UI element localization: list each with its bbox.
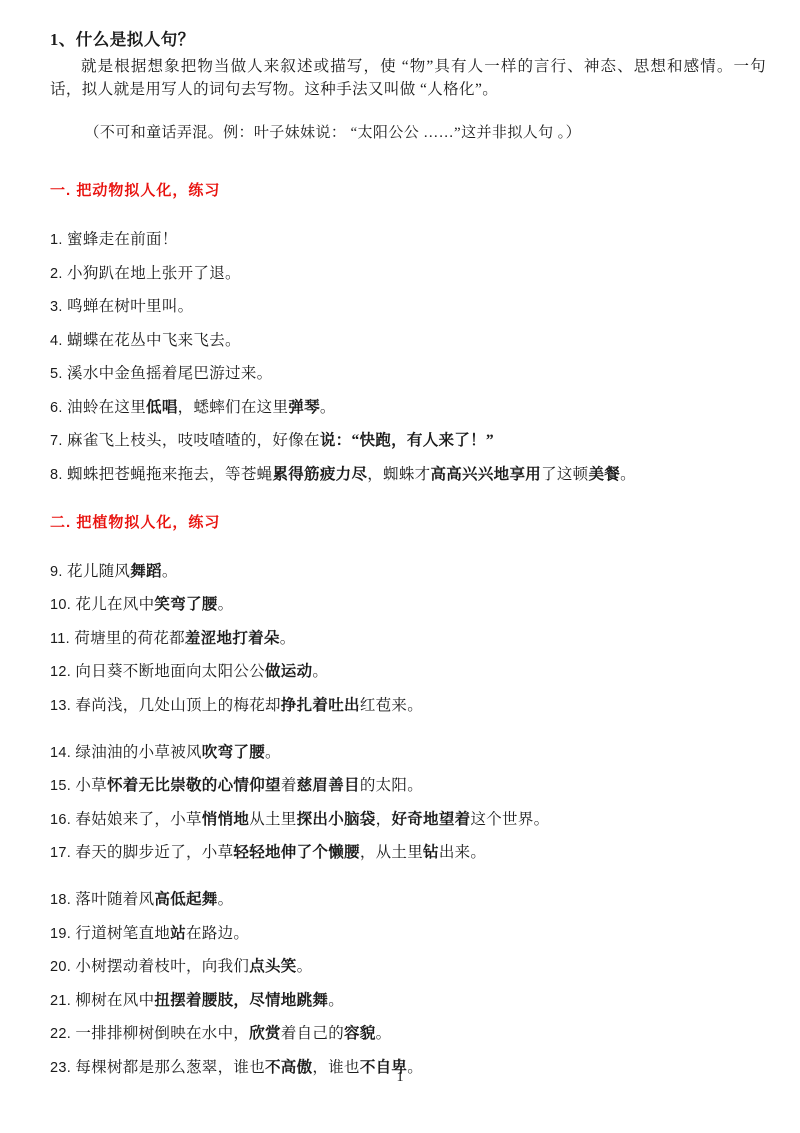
sentence-text: 着 bbox=[281, 777, 297, 794]
sentence-item: 20. 小树摆动着枝叶，向我们点头笑。 bbox=[50, 957, 766, 977]
sentence-text: 行道树笔直地 bbox=[75, 925, 170, 942]
sentence-text: 。 bbox=[162, 563, 178, 580]
sentence-text: 绿油油的小草被风 bbox=[75, 744, 201, 761]
sentence-text: ，蜘蛛才 bbox=[367, 466, 430, 483]
sentence-text: 一排排柳树倒映在水中， bbox=[75, 1025, 249, 1042]
sentence-text: ，从土里 bbox=[360, 844, 423, 861]
sentence-bold-text: 好奇地望着 bbox=[391, 811, 470, 828]
sentence-text: 春姑娘来了，小草 bbox=[75, 811, 201, 828]
sentence-text: 在路边。 bbox=[186, 925, 249, 942]
sentence-number: 1. bbox=[50, 232, 67, 248]
sentence-bold-text: 站 bbox=[170, 925, 186, 942]
sentence-number: 20. bbox=[50, 959, 75, 975]
sentence-text: 小草 bbox=[75, 777, 107, 794]
sentence-text: 。 bbox=[265, 744, 281, 761]
sentence-text: 花儿在风中 bbox=[75, 596, 154, 613]
section-heading-2: 二. 把植物拟人化，练习 bbox=[50, 513, 766, 532]
sentence-bold-text: 欣赏 bbox=[249, 1025, 281, 1042]
sentence-text: 蜜蜂走在前面！ bbox=[67, 231, 178, 248]
sentence-bold-text: 挣扎着吐出 bbox=[281, 697, 360, 714]
document-title: 1、什么是拟人句？ bbox=[50, 30, 766, 50]
sentence-text: 。 bbox=[312, 663, 328, 680]
sentence-text: 春尚浅，几处山顶上的梅花却 bbox=[75, 697, 280, 714]
sentence-number: 2. bbox=[50, 266, 67, 282]
sentence-text: 花儿随风 bbox=[67, 563, 130, 580]
sentence-number: 14. bbox=[50, 745, 75, 761]
sentence-text: 出来。 bbox=[439, 844, 486, 861]
sentence-bold-text: 点头笑 bbox=[249, 958, 296, 975]
sentence-text: 。 bbox=[620, 466, 636, 483]
sentence-item: 3. 鸣蝉在树叶里叫。 bbox=[50, 297, 766, 317]
sentence-number: 5. bbox=[50, 366, 67, 382]
sentence-item: 6. 油蛉在这里低唱，蟋蟀们在这里弹琴。 bbox=[50, 398, 766, 418]
sentence-number: 4. bbox=[50, 333, 67, 349]
sentence-item: 9. 花儿随风舞蹈。 bbox=[50, 562, 766, 582]
sentence-text: 麻雀飞上枝头，吱吱喳喳的，好像在 bbox=[67, 432, 320, 449]
sentence-item: 14. 绿油油的小草被风吹弯了腰。 bbox=[50, 743, 766, 763]
sentence-item: 2. 小狗趴在地上张开了退。 bbox=[50, 264, 766, 284]
sentence-text: 。 bbox=[376, 1025, 392, 1042]
sentence-item: 22. 一排排柳树倒映在水中，欣赏着自己的容貌。 bbox=[50, 1024, 766, 1044]
sentence-item: 5. 溪水中金鱼摇着尾巴游过来。 bbox=[50, 364, 766, 384]
sentence-number: 18. bbox=[50, 892, 75, 908]
sentence-bold-text: 笑弯了腰 bbox=[154, 596, 217, 613]
sentence-item: 1. 蜜蜂走在前面！ bbox=[50, 230, 766, 250]
sentence-item: 16. 春姑娘来了，小草悄悄地从土里探出小脑袋，好奇地望着这个世界。 bbox=[50, 810, 766, 830]
sentence-text: 落叶随着风 bbox=[75, 891, 154, 908]
sentence-bold-text: 低唱 bbox=[146, 399, 178, 416]
document-page: 1、什么是拟人句？ 就是根据想象把物当做人来叙述或描写，使 “物”具有人一样的言… bbox=[0, 0, 800, 1133]
sentence-text: 这个世界。 bbox=[470, 811, 549, 828]
sentence-number: 6. bbox=[50, 400, 67, 416]
sentence-text: 蜘蛛把苍蝇拖来拖去，等苍蝇 bbox=[67, 466, 272, 483]
sentence-item: 21. 柳树在风中扭摆着腰肢，尽情地跳舞。 bbox=[50, 991, 766, 1011]
sentence-bold-text: 高低起舞 bbox=[154, 891, 217, 908]
sentence-bold-text: 美餐 bbox=[588, 466, 620, 483]
sentence-text: 。 bbox=[218, 891, 234, 908]
sentence-item: 18. 落叶随着风高低起舞。 bbox=[50, 890, 766, 910]
sentence-number: 16. bbox=[50, 812, 75, 828]
sentence-bold-text: 做运动 bbox=[265, 663, 312, 680]
sentence-number: 9. bbox=[50, 564, 67, 580]
intro-paragraph: 就是根据想象把物当做人来叙述或描写，使 “物”具有人一样的言行、神态、思想和感情… bbox=[50, 55, 766, 101]
sentence-item: 12. 向日葵不断地面向太阳公公做运动。 bbox=[50, 662, 766, 682]
sentence-bold-text: 弹琴 bbox=[288, 399, 320, 416]
sentence-bold-text: 高高兴兴地享用 bbox=[430, 466, 541, 483]
sentence-text: 春天的脚步近了，小草 bbox=[75, 844, 233, 861]
sentence-text: 小狗趴在地上张开了退。 bbox=[67, 265, 241, 282]
sentence-bold-text: 扭摆着腰肢，尽情地跳舞 bbox=[154, 992, 328, 1009]
sentence-bold-text: 钻 bbox=[423, 844, 439, 861]
sentence-text: 荷塘里的荷花都 bbox=[74, 630, 185, 647]
sentence-text: 着自己的 bbox=[281, 1025, 344, 1042]
sentence-text: 鸣蝉在树叶里叫。 bbox=[67, 298, 193, 315]
sentence-number: 17. bbox=[50, 845, 75, 861]
sentence-number: 3. bbox=[50, 299, 67, 315]
sentence-text: 从土里 bbox=[249, 811, 296, 828]
sentence-text: 蝴蝶在花丛中飞来飞去。 bbox=[67, 332, 241, 349]
sentence-bold-text: 吹弯了腰 bbox=[202, 744, 265, 761]
sentence-bold-text: 舞蹈 bbox=[130, 563, 162, 580]
sentence-text: 柳树在风中 bbox=[75, 992, 154, 1009]
sentence-bold-text: 轻轻地伸了个懒腰 bbox=[233, 844, 359, 861]
sentence-text: 红苞来。 bbox=[360, 697, 423, 714]
sentence-item: 17. 春天的脚步近了，小草轻轻地伸了个懒腰，从土里钻出来。 bbox=[50, 843, 766, 863]
sentence-text: 。 bbox=[320, 399, 336, 416]
sentence-text: ， bbox=[376, 811, 392, 828]
sentence-bold-text: 说：“快跑，有人来了！” bbox=[320, 432, 494, 449]
sentence-item: 11. 荷塘里的荷花都羞涩地打着朵。 bbox=[50, 629, 766, 649]
sentence-text: 。 bbox=[328, 992, 344, 1009]
sentence-number: 10. bbox=[50, 597, 75, 613]
sentence-item: 8. 蜘蛛把苍蝇拖来拖去，等苍蝇累得筋疲力尽，蜘蛛才高高兴兴地享用了这顿美餐。 bbox=[50, 465, 766, 485]
intro-note: （不可和童话弄混。例：叶子妹妹说： “太阳公公 ……”这并非拟人句 。） bbox=[50, 123, 766, 143]
sentence-text: ，蟋蟀们在这里 bbox=[178, 399, 289, 416]
section-heading-1: 一. 把动物拟人化，练习 bbox=[50, 181, 766, 200]
sentence-text: 的太阳。 bbox=[360, 777, 423, 794]
sentence-text: 溪水中金鱼摇着尾巴游过来。 bbox=[67, 365, 272, 382]
sentence-number: 12. bbox=[50, 664, 75, 680]
exercise-sections: 一. 把动物拟人化，练习1. 蜜蜂走在前面！2. 小狗趴在地上张开了退。3. 鸣… bbox=[50, 181, 766, 1078]
sentence-text: 。 bbox=[297, 958, 313, 975]
sentence-bold-text: 探出小脑袋 bbox=[297, 811, 376, 828]
page-footer: 1 bbox=[0, 1070, 800, 1086]
sentence-number: 22. bbox=[50, 1026, 75, 1042]
sentence-bold-text: 容貌 bbox=[344, 1025, 376, 1042]
sentence-number: 21. bbox=[50, 993, 75, 1009]
page-number: 1 bbox=[397, 1070, 404, 1085]
sentence-item: 4. 蝴蝶在花丛中飞来飞去。 bbox=[50, 331, 766, 351]
sentence-text: 。 bbox=[280, 630, 296, 647]
sentence-item: 7. 麻雀飞上枝头，吱吱喳喳的，好像在说：“快跑，有人来了！” bbox=[50, 431, 766, 451]
sentence-number: 11. bbox=[50, 631, 74, 647]
sentence-bold-text: 慈眉善目 bbox=[297, 777, 360, 794]
sentence-item: 19. 行道树笔直地站在路边。 bbox=[50, 924, 766, 944]
sentence-bold-text: 羞涩地打着朵 bbox=[185, 630, 280, 647]
sentence-bold-text: 累得筋疲力尽 bbox=[272, 466, 367, 483]
sentence-text: 了这顿 bbox=[541, 466, 588, 483]
sentence-number: 19. bbox=[50, 926, 75, 942]
sentence-number: 15. bbox=[50, 778, 75, 794]
sentence-item: 10. 花儿在风中笑弯了腰。 bbox=[50, 595, 766, 615]
sentence-text: 。 bbox=[218, 596, 234, 613]
sentence-item: 13. 春尚浅，几处山顶上的梅花却挣扎着吐出红苞来。 bbox=[50, 696, 766, 716]
sentence-number: 13. bbox=[50, 698, 75, 714]
sentence-number: 7. bbox=[50, 433, 67, 449]
sentence-text: 向日葵不断地面向太阳公公 bbox=[75, 663, 265, 680]
sentence-text: 油蛉在这里 bbox=[67, 399, 146, 416]
sentence-item: 15. 小草怀着无比崇敬的心情仰望着慈眉善目的太阳。 bbox=[50, 776, 766, 796]
sentence-number: 8. bbox=[50, 467, 67, 483]
sentence-bold-text: 悄悄地 bbox=[202, 811, 249, 828]
sentence-text: 小树摆动着枝叶，向我们 bbox=[75, 958, 249, 975]
sentence-bold-text: 怀着无比崇敬的心情仰望 bbox=[107, 777, 281, 794]
